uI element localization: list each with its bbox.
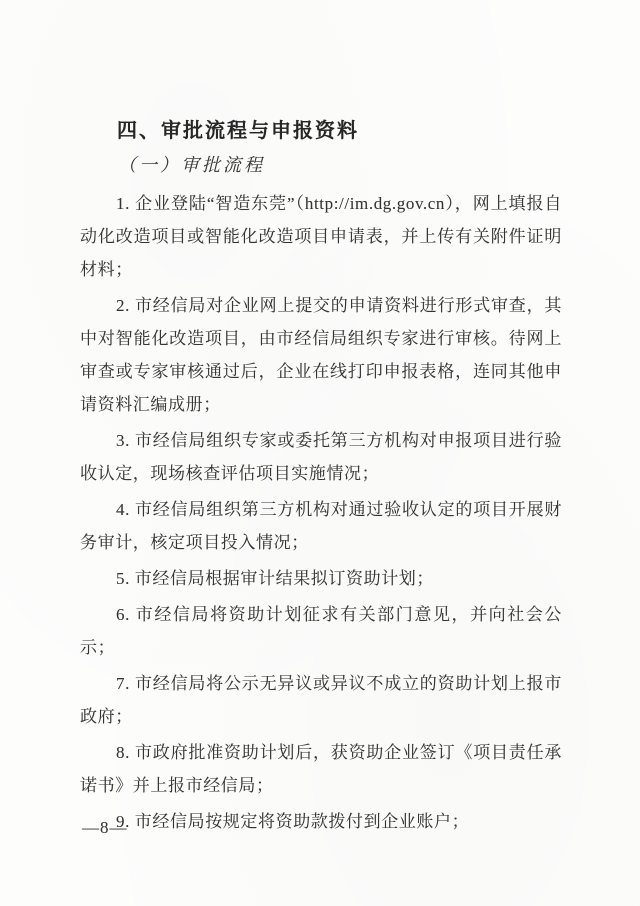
numbered-paragraph: 4. 市经信局组织第三方机构对通过验收认定的项目开展财务审计，核定项目投入情况；	[80, 493, 562, 559]
section-title: 四、审批流程与申报资料	[117, 118, 562, 145]
numbered-paragraph: 7. 市经信局将公示无异议或异议不成立的资助计划上报市政府；	[80, 667, 562, 733]
numbered-paragraph: 3. 市经信局组织专家或委托第三方机构对申报项目进行验收认定，现场核查评估项目实…	[80, 424, 562, 490]
numbered-paragraph: 8. 市政府批准资助计划后，获资助企业签订《项目责任承诺书》并上报市经信局；	[80, 736, 562, 802]
numbered-paragraph: 9. 市经信局按规定将资助款拨付到企业账户；	[80, 805, 562, 838]
numbered-paragraph: 1. 企业登陆“智造东莞”（http://im.dg.gov.cn），网上填报自…	[80, 187, 562, 286]
page-number: —8—	[82, 818, 128, 838]
document-body: 四、审批流程与申报资料 （一）审批流程 1. 企业登陆“智造东莞”（http:/…	[80, 118, 562, 841]
numbered-paragraph: 2. 市经信局对企业网上提交的申请资料进行形式审查，其中对智能化改造项目，由市经…	[80, 289, 562, 421]
document-page: 四、审批流程与申报资料 （一）审批流程 1. 企业登陆“智造东莞”（http:/…	[0, 0, 640, 906]
numbered-paragraph: 5. 市经信局根据审计结果拟订资助计划；	[80, 562, 562, 595]
subsection-title: （一）审批流程	[118, 152, 562, 179]
numbered-paragraph: 6. 市经信局将资助计划征求有关部门意见，并向社会公示；	[80, 598, 562, 664]
paragraph-list: 1. 企业登陆“智造东莞”（http://im.dg.gov.cn），网上填报自…	[80, 187, 562, 838]
